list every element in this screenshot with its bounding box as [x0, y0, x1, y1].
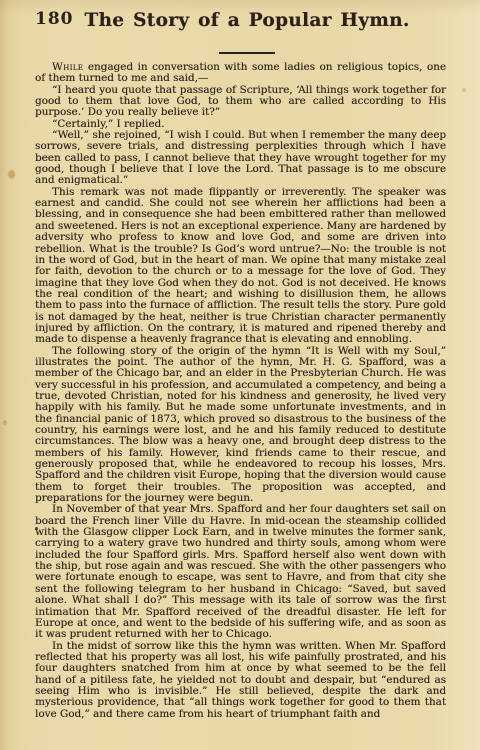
page-header: 180 The Story of a Popular Hymn.	[0, 0, 480, 46]
paragraph: The following story of the origin of the…	[35, 346, 446, 505]
book-page: 180 The Story of a Popular Hymn. While e…	[0, 0, 480, 750]
title-divider	[219, 52, 275, 54]
paper-stain	[8, 170, 15, 179]
paragraph: This remark was not made flippantly or i…	[35, 187, 446, 346]
lead-rest: engaged in conversation with some ladies…	[35, 61, 446, 84]
paper-speck	[35, 527, 38, 530]
paper-speck	[462, 88, 466, 92]
paper-speck	[3, 420, 7, 425]
lead-word: While	[52, 61, 83, 73]
body-text: While engaged in conversation with some …	[0, 54, 480, 720]
paragraph: “I heard you quote that passage of Scrip…	[35, 85, 446, 119]
page-number: 180	[35, 9, 74, 29]
paragraph: “Well,” she rejoined, “I wish I could. B…	[35, 130, 446, 187]
paragraph: In the midst of sorrow like this the hym…	[35, 641, 446, 720]
paragraph: While engaged in conversation with some …	[35, 62, 446, 85]
paragraph: In November of that year Mrs. Spafford a…	[35, 504, 446, 640]
